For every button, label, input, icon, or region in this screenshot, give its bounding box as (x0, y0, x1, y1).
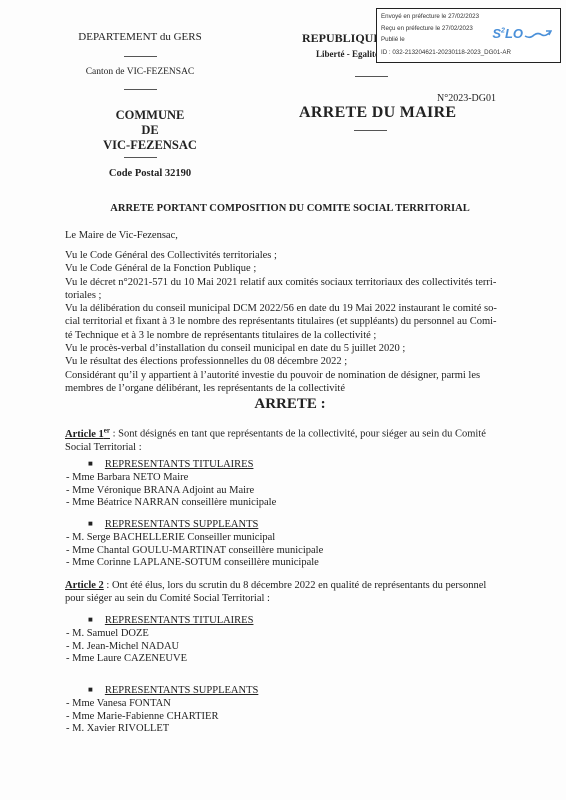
vu-line: Vu la délibération du conseil municipal … (65, 302, 515, 315)
commune-line: COMMUNE (50, 108, 250, 123)
section-heading-titulaires: ■REPRESENTANTS TITULAIRES (88, 615, 253, 626)
document-title: ARRETE PORTANT COMPOSITION DU COMITE SOC… (50, 203, 530, 214)
logo-lo: LO (505, 26, 523, 41)
list-item: - M. Jean-Michel NADAU (66, 641, 187, 654)
article-1-label: Article 1er (65, 429, 110, 440)
suppleants-list: - Mme Vanesa FONTAN - Mme Marie-Fabienne… (66, 698, 218, 736)
divider (124, 56, 157, 57)
article-1-text: Social Territorial : (65, 441, 525, 454)
divider (124, 89, 157, 90)
section-heading-text: REPRESENTANTS SUPPLEANTS (105, 685, 258, 696)
s2lo-logo-icon: S2LO (492, 26, 552, 41)
list-item: - Mme Corinne LAPLANE-SOTUM conseillère … (66, 557, 323, 570)
vu-line: Vu le Code Général de la Fonction Publiq… (65, 262, 515, 275)
vu-line: Vu le procès-verbal d’installation du co… (65, 342, 515, 355)
logo-s: S (492, 26, 501, 41)
arrete-number: N°2023-DG01 (437, 93, 496, 104)
suppleants-list: - M. Serge BACHELLERIE Conseiller munici… (66, 532, 323, 570)
article-2-text: pour siéger au sein du Comité Social Ter… (65, 592, 525, 605)
article-2: Article 2 : Ont été élus, lors du scruti… (65, 579, 525, 606)
section-heading-titulaires: ■REPRESENTANTS TITULAIRES (88, 459, 253, 470)
list-item: - Mme Béatrice NARRAN conseillère munici… (66, 497, 276, 510)
stamp-envoye: Envoyé en préfecture le 27/02/2023 (381, 13, 479, 20)
section-heading-text: REPRESENTANTS TITULAIRES (105, 459, 254, 470)
code-postal: Code Postal 32190 (50, 168, 250, 179)
divider (354, 130, 387, 131)
list-item: - M. Samuel DOZE (66, 628, 187, 641)
section-heading-text: REPRESENTANTS SUPPLEANTS (105, 519, 258, 530)
swoosh-icon (524, 30, 552, 40)
arrete-du-maire-title: ARRETE DU MAIRE (299, 104, 456, 122)
list-item: - Mme Véronique BRANA Adjoint au Maire (66, 485, 276, 498)
article-2-label: Article 2 (65, 580, 104, 591)
stamp-recu: Reçu en préfecture le 27/02/2023 (381, 25, 473, 32)
titulaires-list: - M. Samuel DOZE - M. Jean-Michel NADAU … (66, 628, 187, 666)
section-heading-text: REPRESENTANTS TITULAIRES (105, 615, 254, 626)
vu-line: Vu le Code Général des Collectivités ter… (65, 249, 515, 262)
list-item: - Mme Barbara NETO Maire (66, 472, 276, 485)
devise-text: Liberté - Egalité (316, 49, 379, 59)
titulaires-list: - Mme Barbara NETO Maire - Mme Véronique… (66, 472, 276, 510)
bullet-icon: ■ (88, 519, 93, 528)
list-item: - Mme Laure CAZENEUVE (66, 653, 187, 666)
list-item: - Mme Marie-Fabienne CHARTIER (66, 711, 218, 724)
article-1-text: : Sont désignés en tant que représentant… (110, 429, 486, 440)
list-item: - M. Serge BACHELLERIE Conseiller munici… (66, 532, 323, 545)
divider (355, 76, 388, 77)
vu-line: Vu le décret n°2021-571 du 10 Mai 2021 r… (65, 276, 515, 289)
commune-line: VIC-FEZENSAC (50, 138, 250, 153)
stamp-publie: Publié le (381, 36, 405, 43)
bullet-icon: ■ (88, 685, 93, 694)
vu-line: cial territorial et fixant à 3 le nombre… (65, 315, 515, 328)
vu-line: Vu le résultat des élections professionn… (65, 355, 515, 368)
vu-line: membres de l’organe délibérant, les repr… (65, 382, 515, 395)
list-item: - Mme Vanesa FONTAN (66, 698, 218, 711)
canton-label: Canton de VIC-FEZENSAC (40, 67, 240, 77)
article-2-text: : Ont été élus, lors du scrutin du 8 déc… (104, 580, 487, 591)
article-1: Article 1er : Sont désignés en tant que … (65, 424, 525, 454)
article-1-label-text: Article 1 (65, 429, 104, 440)
departement-label: DEPARTEMENT du GERS (40, 31, 240, 43)
commune-line: DE (50, 123, 250, 138)
list-item: - Mme Chantal GOULU-MARTINAT conseillère… (66, 545, 323, 558)
divider (124, 157, 157, 158)
list-item: - M. Xavier RIVOLLET (66, 723, 218, 736)
stamp-id: ID : 032-213204621-20230118-2023_DG01-AR (381, 49, 511, 56)
arrete-heading: ARRETE : (50, 396, 530, 413)
vu-line: té Technique et à 3 le nombre de représe… (65, 329, 515, 342)
bullet-icon: ■ (88, 615, 93, 624)
prefecture-stamp: Envoyé en préfecture le 27/02/2023 Reçu … (376, 8, 561, 63)
commune-name: COMMUNE DE VIC-FEZENSAC (50, 108, 250, 153)
vu-line: Considérant qu’il y appartient à l’autor… (65, 369, 515, 382)
bullet-icon: ■ (88, 459, 93, 468)
section-heading-suppleants: ■REPRESENTANTS SUPPLEANTS (88, 519, 258, 530)
intro-text: Le Maire de Vic-Fezensac, (65, 229, 515, 242)
vu-clauses: Vu le Code Général des Collectivités ter… (65, 249, 515, 395)
vu-line: toriales ; (65, 289, 515, 302)
section-heading-suppleants: ■REPRESENTANTS SUPPLEANTS (88, 685, 258, 696)
